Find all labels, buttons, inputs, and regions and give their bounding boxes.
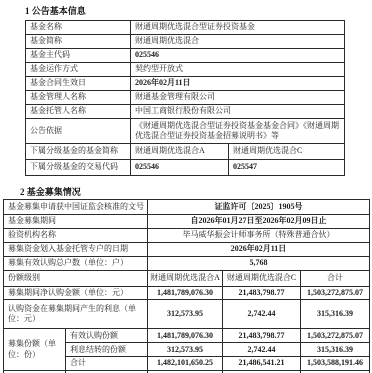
cell-sublabel: 有效认购份额 [66,329,148,343]
column-header-class-a: 财通周期优选混合A [148,271,223,287]
share-class-header-row: 份额级别 财通周期优选混合A 财通周期优选混合C 合计 [4,271,370,287]
cell-value: 中国工商银行股份有限公司 [131,105,345,119]
column-header-total: 合计 [301,271,370,287]
cell-amount-c: 21,486,541.21 [223,357,301,370]
cell-value: 证监许可〔2025〕1905号 [148,200,370,215]
cell-label: 基金主代码 [26,49,131,63]
cell-amount-a: 1,482,101,650.25 [148,357,223,370]
cell-value: 财通基金管理有限公司 [131,91,345,105]
table-row: 下属分级基金的基金简称 财通周期优选混合A 财通周期优选混合C [26,144,345,160]
cell-label: 下属分级基金的交易代码 [26,160,131,176]
cell-label: 基金募集申请获中国证监会核准的文号 [4,200,148,215]
table-row: 验资机构名称 毕马威华振会计师事务所（特殊普通合伙） [4,229,370,243]
table-row: 认购资金在募集期间产生的利息（单位：元） 312,573.95 2,742.44… [4,300,370,329]
table-row: 基金管理人名称 财通基金管理有限公司 [26,91,345,105]
cell-label: 下属分级基金的基金简称 [26,144,131,160]
cell-amount-total: 315,316.39 [301,300,370,329]
table-row: 公告依据 《财通周期优选混合型证券投资基金基金合同》《财通周期优选混合型证券投资… [26,119,345,144]
cell-label: 基金简称 [26,35,131,49]
cell-amount-a: 1,481,789,076.30 [148,287,223,300]
cell-value: 自2026年01月27日至2026年02月09日止 [148,215,370,229]
table-row: 下属分级基金的交易代码 025546 025547 [26,160,345,176]
cell-label: 基金名称 [26,21,131,35]
cell-label: 募集期间净认购金额（单位：元） [4,287,148,300]
cell-value: 《财通周期优选混合型证券投资基金基金合同》《财通周期优选混合型证券投资基金招募说… [131,119,345,144]
cell-amount-total: 315,316.39 [301,343,370,357]
cell-sublabel: 利息结转的份额 [66,343,148,357]
cell-amount-a: 312,573.95 [148,300,223,329]
cell-label: 基金管理人名称 [26,91,131,105]
cell-group-label: 募集份额（单位：份） [4,329,66,370]
basic-info-table: 基金名称 财通周期优选混合型证券投资基金 基金简称 财通周期优选混合 基金主代码… [25,20,345,176]
cell-label: 认购资金在募集期间产生的利息（单位：元） [4,300,148,329]
cell-value: 财通周期优选混合型证券投资基金 [131,21,345,35]
cell-sublabel: 合计 [66,357,148,370]
table-row: 基金名称 财通周期优选混合型证券投资基金 [26,21,345,35]
cell-value-class-c: 财通周期优选混合C [229,144,345,160]
cell-amount-total: 1,503,588,191.46 [301,357,370,370]
cell-amount-c: 2,742.44 [223,343,301,357]
table-row: 基金托管人名称 中国工商银行股份有限公司 [26,105,345,119]
cell-label: 验资机构名称 [4,229,148,243]
cell-value: 2026年02月11日 [148,243,370,257]
cell-value: 毕马威华振会计师事务所（特殊普通合伙） [148,229,370,243]
cell-label: 基金运作方式 [26,63,131,77]
cell-amount-c: 21,483,798.77 [223,329,301,343]
cell-amount-total: 1,503,272,875.07 [301,287,370,300]
table-row: 基金合同生效日 2026年02月11日 [26,77,345,91]
cell-label: 基金募集期间 [4,215,148,229]
table-row: 募集有效认购总户数（单位：户） 5,768 [4,257,370,271]
fund-announcement-document: 1 公告基本信息 基金名称 财通周期优选混合型证券投资基金 基金简称 财通周期优… [0,0,372,373]
cell-label: 公告依据 [26,119,131,144]
cell-label: 份额级别 [4,271,148,287]
table-row: 基金募集期间 自2026年01月27日至2026年02月09日止 [4,215,370,229]
cell-value: 2026年02月11日 [131,77,345,91]
cell-value-class-a: 财通周期优选混合A [131,144,229,160]
table-row: 募集份额（单位：份） 有效认购份额 1,481,789,076.30 21,48… [4,329,370,343]
table-row: 募集期间净认购金额（单位：元） 1,481,789,076.30 21,483,… [4,287,370,300]
table-row: 基金募集申请获中国证监会核准的文号 证监许可〔2025〕1905号 [4,200,370,215]
cell-amount-a: 312,573.95 [148,343,223,357]
cell-value-class-c: 025547 [229,160,345,176]
table-row: 基金简称 财通周期优选混合 [26,35,345,49]
cell-label: 基金合同生效日 [26,77,131,91]
table-row: 基金主代码 025546 [26,49,345,63]
cell-amount-c: 21,483,798.77 [223,287,301,300]
cell-label: 募集资金划入基金托管专户的日期 [4,243,148,257]
cell-label: 募集有效认购总户数（单位：户） [4,257,148,271]
cell-amount-c: 2,742.44 [223,300,301,329]
table-row: 募集资金划入基金托管专户的日期 2026年02月11日 [4,243,370,257]
cell-value: 财通周期优选混合 [131,35,345,49]
section1-title: 1 公告基本信息 [25,4,86,17]
cell-amount-a: 1,481,789,076.30 [148,329,223,343]
section2-title: 2 基金募集情况 [20,185,81,198]
cell-label: 基金托管人名称 [26,105,131,119]
column-header-class-c: 财通周期优选混合C [223,271,301,287]
fundraising-table: 基金募集申请获中国证监会核准的文号 证监许可〔2025〕1905号 基金募集期间… [3,199,370,373]
cell-value: 契约型开放式 [131,63,345,77]
cell-value-class-a: 025546 [131,160,229,176]
table-row: 基金运作方式 契约型开放式 [26,63,345,77]
cell-amount-total: 1,503,272,875.07 [301,329,370,343]
cell-value: 025546 [131,49,345,63]
cell-value: 5,768 [148,257,370,271]
